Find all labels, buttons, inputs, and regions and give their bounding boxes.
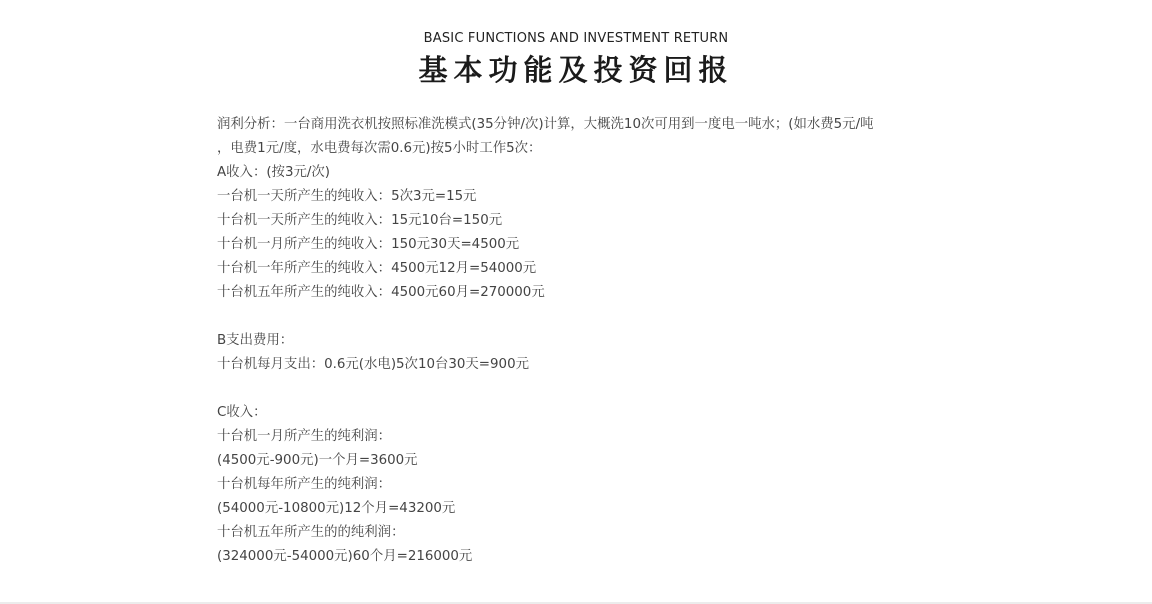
income-c-line: 十台机每年所产生的纯利润： — [217, 473, 937, 497]
intro-line-2: ，电费1元/度，水电费每次需0.6元)按5小时工作5次： — [217, 137, 937, 161]
spacer — [217, 377, 937, 401]
section-subtitle: BASIC FUNCTIONS AND INVESTMENT RETURN — [0, 30, 1152, 48]
income-c-line: 十台机一月所产生的纯利润： — [217, 425, 937, 449]
income-c-heading: C收入： — [217, 401, 937, 425]
income-c-line: (4500元-900元)一个月=3600元 — [217, 449, 937, 473]
income-a-line: 十台机一天所产生的纯收入：15元10台=150元 — [217, 209, 937, 233]
spacer — [217, 305, 937, 329]
expense-b-heading: B支出费用： — [217, 329, 937, 353]
income-a-line: 十台机五年所产生的纯收入：4500元60月=270000元 — [217, 281, 937, 305]
income-c-line: 十台机五年所产生的的纯利润： — [217, 521, 937, 545]
expense-b-line: 十台机每月支出：0.6元(水电)5次10台30天=900元 — [217, 353, 937, 377]
income-a-line: 一台机一天所产生的纯收入：5次3元=15元 — [217, 185, 937, 209]
income-c-line: (54000元-10800元)12个月=43200元 — [217, 497, 937, 521]
page-header: BASIC FUNCTIONS AND INVESTMENT RETURN 基本… — [0, 30, 1152, 88]
income-a-line: 十台机一年所产生的纯收入：4500元12月=54000元 — [217, 257, 937, 281]
section-title: 基本功能及投资回报 — [0, 52, 1152, 88]
investment-analysis: 润利分析：一台商用洗衣机按照标准洗模式(35分钟/次)计算，大概洗10次可用到一… — [217, 113, 937, 569]
income-a-heading: A收入：(按3元/次) — [217, 161, 937, 185]
income-c-line: (324000元-54000元)60个月=216000元 — [217, 545, 937, 569]
income-a-line: 十台机一月所产生的纯收入：150元30天=4500元 — [217, 233, 937, 257]
intro-line-1: 润利分析：一台商用洗衣机按照标准洗模式(35分钟/次)计算，大概洗10次可用到一… — [217, 113, 937, 137]
